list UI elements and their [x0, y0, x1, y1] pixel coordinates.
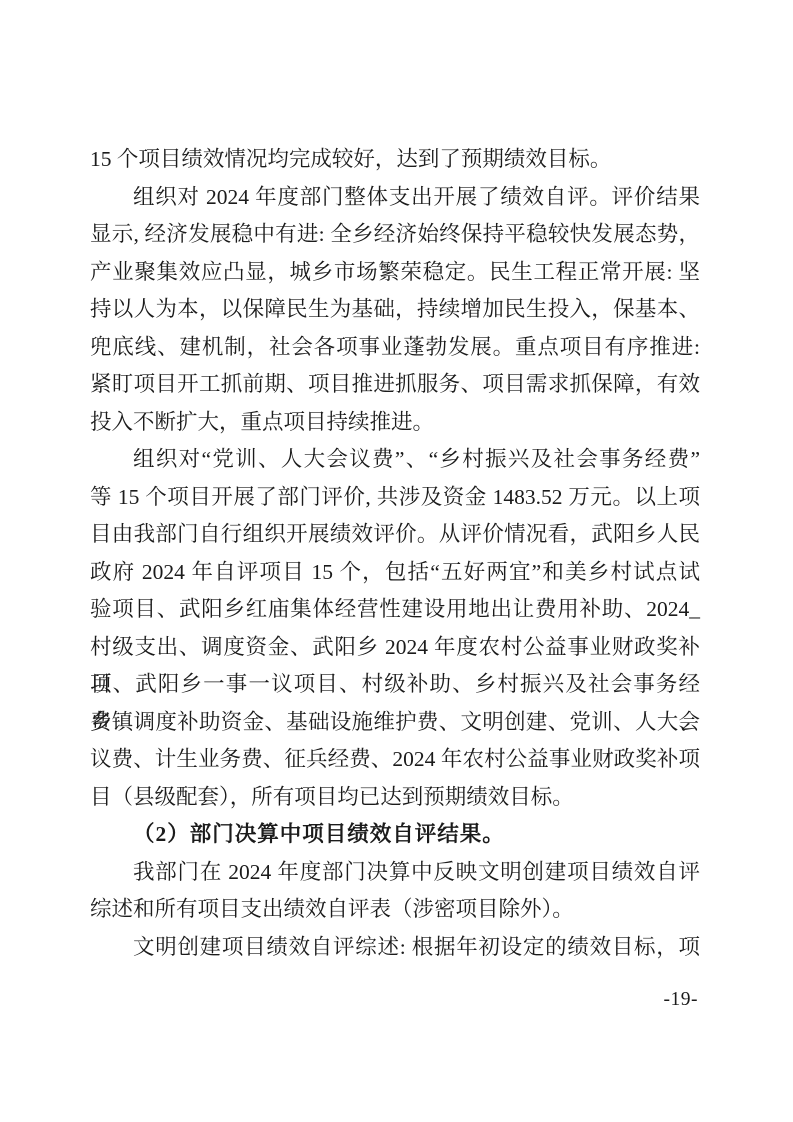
text-line: 产业聚集效应凸显，城乡市场繁荣稳定。民生工程正常开展: 坚 [90, 254, 700, 292]
text-line: 投入不断扩大，重点项目持续推进。 [90, 404, 700, 442]
document-body: 15 个项目绩效情况均完成较好，达到了预期绩效目标。 组织对 2024 年度部门… [90, 141, 700, 966]
section-heading: （2）部门决算中项目绩效自评结果。 [90, 816, 700, 854]
text-line: 政府 2024 年自评项目 15 个，包括“五好两宜”和美乡村试点试 [90, 554, 700, 592]
text-line: 乡镇调度补助资金、基础设施维护费、文明创建、党训、人大会 [90, 704, 700, 742]
text-line: 15 个项目绩效情况均完成较好，达到了预期绩效目标。 [90, 141, 700, 179]
text-line: 组织对“党训、人大会议费”、“乡村振兴及社会事务经费” [90, 441, 700, 479]
text-line: 组织对 2024 年度部门整体支出开展了绩效自评。评价结果 [90, 179, 700, 217]
document-page: 15 个项目绩效情况均完成较好，达到了预期绩效目标。 组织对 2024 年度部门… [0, 0, 793, 1122]
text-line: 文明创建项目绩效自评综述: 根据年初设定的绩效目标，项 [90, 929, 700, 967]
text-line: 兜底线、建机制，社会各项事业蓬勃发展。重点项目有序推进: [90, 329, 700, 367]
text-line: 紧盯项目开工抓前期、项目推进抓服务、项目需求抓保障，有效 [90, 366, 700, 404]
text-line: 目（县级配套），所有项目均已达到预期绩效目标。 [90, 779, 700, 817]
text-line: 目、武阳乡一事一议项目、村级补助、乡村振兴及社会事务经费、 [90, 666, 700, 704]
text-line: 综述和所有项目支出绩效自评表（涉密项目除外）。 [90, 891, 700, 929]
text-line: 我部门在 2024 年度部门决算中反映文明创建项目绩效自评 [90, 854, 700, 892]
text-line: 议费、计生业务费、征兵经费、2024 年农村公益事业财政奖补项 [90, 741, 700, 779]
text-line: 目由我部门自行组织开展绩效评价。从评价情况看，武阳乡人民 [90, 516, 700, 554]
text-line: 等 15 个项目开展了部门评价, 共涉及资金 1483.52 万元。以上项 [90, 479, 700, 517]
page-number: -19- [664, 989, 699, 1011]
text-line: 村级支出、调度资金、武阳乡 2024 年度农村公益事业财政奖补项 [90, 629, 700, 667]
text-line: 显示, 经济发展稳中有进: 全乡经济始终保持平稳较快发展态势， [90, 216, 700, 254]
text-line: 持以人为本，以保障民生为基础，持续增加民生投入，保基本、 [90, 291, 700, 329]
text-line: 验项目、武阳乡红庙集体经营性建设用地出让费用补助、2024_ [90, 591, 700, 629]
